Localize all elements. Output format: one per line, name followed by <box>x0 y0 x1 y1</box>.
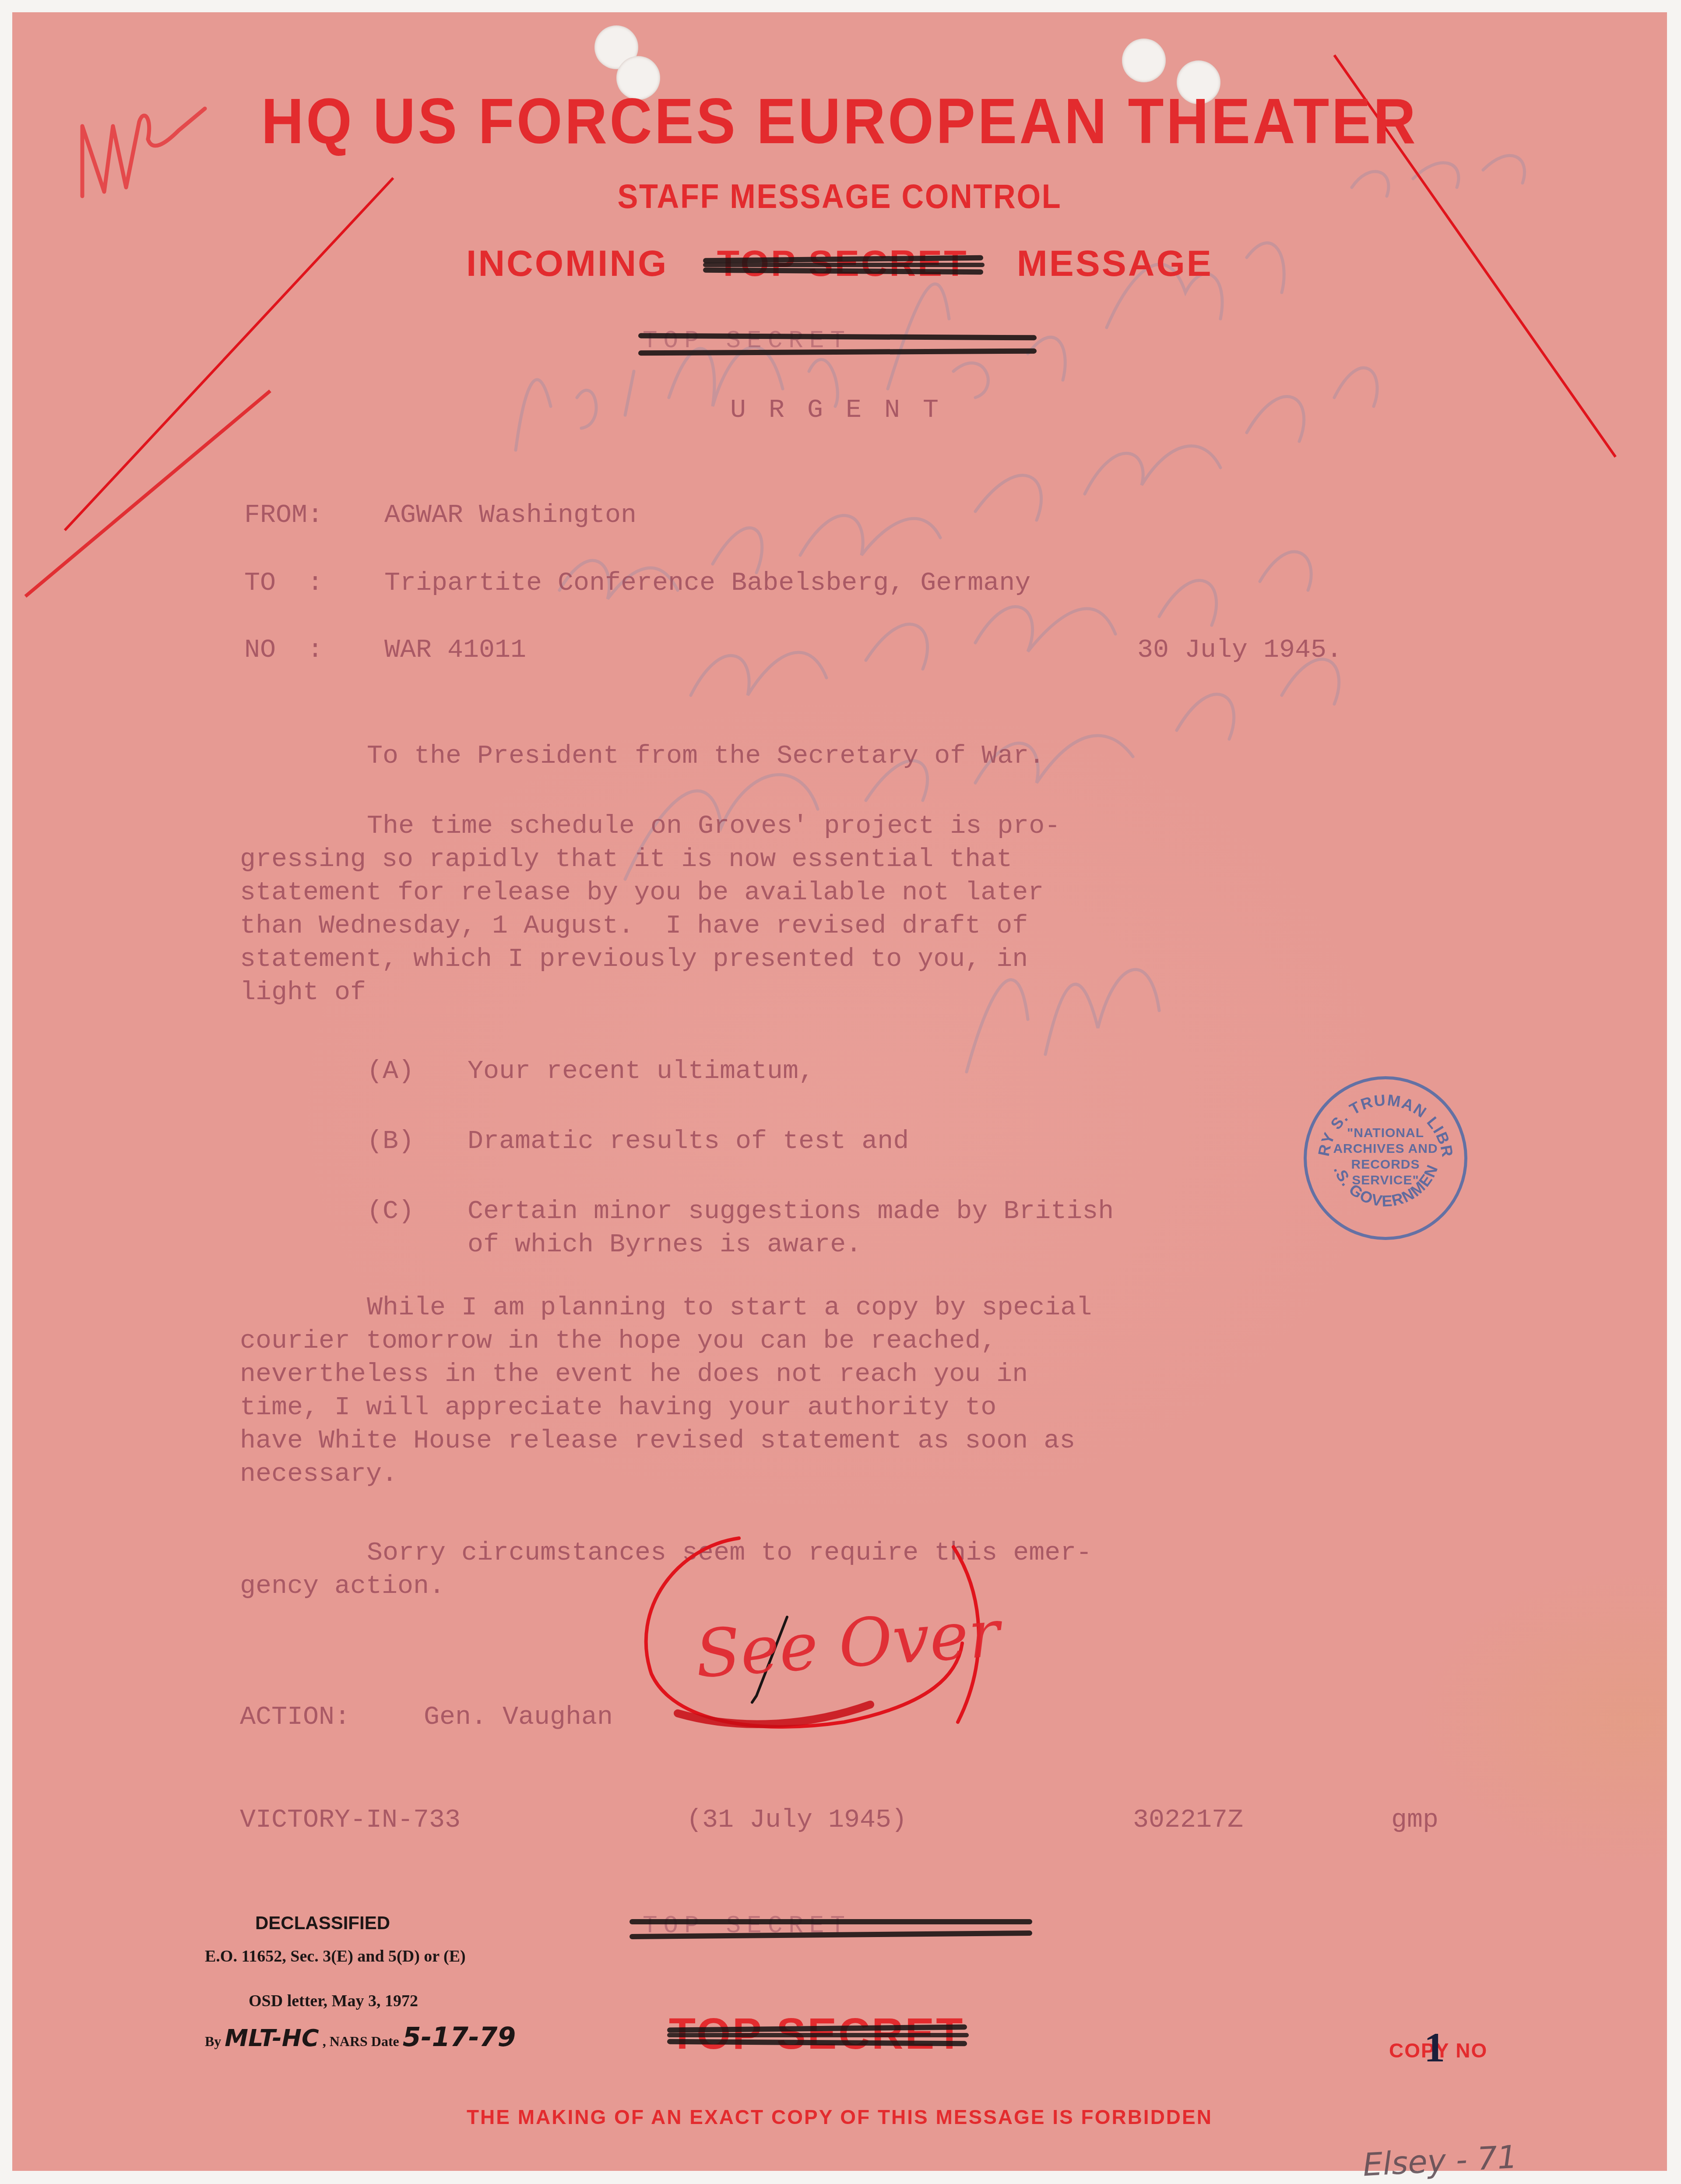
no-value: WAR 41011 <box>384 633 526 667</box>
reference-message-id: VICTORY-IN-733 <box>240 1803 461 1837</box>
stamp-center-text: "NATIONALARCHIVES ANDRECORDSSERVICE" <box>1329 1125 1442 1188</box>
no-label: NO : <box>244 633 323 667</box>
text-line: The time schedule on Groves' project is … <box>367 809 1060 843</box>
text-line: statement, which I previously presented … <box>240 942 1028 976</box>
declassified-by-initials: MLT-HC <box>225 2024 319 2052</box>
stamp-line: "NATIONAL <box>1329 1125 1442 1141</box>
list-item-text: of which Byrnes is aware. <box>468 1228 862 1262</box>
header-title: HQ US FORCES EUROPEAN THEATER <box>78 85 1601 158</box>
salutation: To the President from the Secretary of W… <box>367 739 1044 773</box>
to-label: TO : <box>244 566 323 600</box>
stamp-line: RECORDS <box>1329 1157 1442 1173</box>
copy-warning: THE MAKING OF AN EXACT COPY OF THIS MESS… <box>12 2105 1667 2129</box>
declassified-authority: E.O. 11652, Sec. 3(E) and 5(D) or (E) <box>205 1947 466 1966</box>
list-item-text: Dramatic results of test and <box>468 1124 909 1159</box>
copy-number: 1 <box>1424 2023 1445 2071</box>
punch-hole <box>1122 39 1166 82</box>
priority-urgent: U R G E N T <box>730 393 942 427</box>
from-label: FROM: <box>244 498 323 532</box>
reference-operator: gmp <box>1391 1803 1438 1837</box>
to-value: Tripartite Conference Babelsberg, German… <box>384 566 1030 600</box>
red-cancel-line-left-2 <box>24 390 271 598</box>
truman-library-stamp: HARRY S. TRUMAN LIBRARY U.S. GOVERNMENT … <box>1304 1076 1467 1240</box>
incoming-label: INCOMING <box>466 242 668 285</box>
stamp-line: ARCHIVES AND <box>1329 1141 1442 1157</box>
text-line: have White House release revised stateme… <box>240 1424 1075 1458</box>
text-line: nevertheless in the event he does not re… <box>240 1357 1028 1391</box>
stamp-line: SERVICE" <box>1329 1173 1442 1188</box>
declassified-letter: OSD letter, May 3, 1972 <box>249 1991 418 2011</box>
text-line: necessary. <box>240 1457 397 1491</box>
strike-line <box>629 1919 1032 1924</box>
text-line: light of <box>240 976 366 1010</box>
footer-classification-struck: TOP SECRET <box>669 2009 964 2059</box>
declassified-by-line: By MLT-HC , NARS Date 5-17-79 <box>205 2022 516 2053</box>
text-line: While I am planning to start a copy by s… <box>367 1291 1092 1325</box>
header-subtitle: STAFF MESSAGE CONTROL <box>95 176 1584 216</box>
struck-classification: TOP SECRET <box>705 242 981 285</box>
reference-dtg: 302217Z <box>1133 1803 1243 1837</box>
list-marker: (C) <box>367 1194 414 1229</box>
text-line: than Wednesday, 1 August. I have revised… <box>240 909 1028 943</box>
list-item-text: Your recent ultimatum, <box>468 1054 814 1088</box>
list-marker: (B) <box>367 1124 414 1159</box>
from-value: AGWAR Washington <box>384 498 637 532</box>
text-line: courier tomorrow in the hope you can be … <box>240 1324 996 1358</box>
text-line: gressing so rapidly that it is now essen… <box>240 842 1012 877</box>
action-value: Gen. Vaughan <box>424 1700 613 1734</box>
text-line: time, I will appreciate having your auth… <box>240 1391 996 1425</box>
action-label: ACTION: <box>240 1700 350 1734</box>
message-sheet: HQ US FORCES EUROPEAN THEATER STAFF MESS… <box>12 12 1667 2171</box>
declassified-date: 5-17-79 <box>403 2022 516 2053</box>
reference-received-date: (31 July 1945) <box>686 1803 907 1837</box>
red-cancel-line-left <box>64 177 394 531</box>
text-line: gency action. <box>240 1569 445 1603</box>
list-item-text: Certain minor suggestions made by Britis… <box>468 1194 1114 1229</box>
message-date: 30 July 1945. <box>1137 633 1342 667</box>
message-label: MESSAGE <box>1017 242 1213 285</box>
file-reference-note: Elsey - 71 <box>1362 2138 1518 2183</box>
text-line: statement for release by you be availabl… <box>240 876 1044 910</box>
list-marker: (A) <box>367 1054 414 1088</box>
header-message-type: INCOMING TOP SECRET MESSAGE <box>12 242 1667 285</box>
declassified-title: DECLASSIFIED <box>255 1913 390 1934</box>
